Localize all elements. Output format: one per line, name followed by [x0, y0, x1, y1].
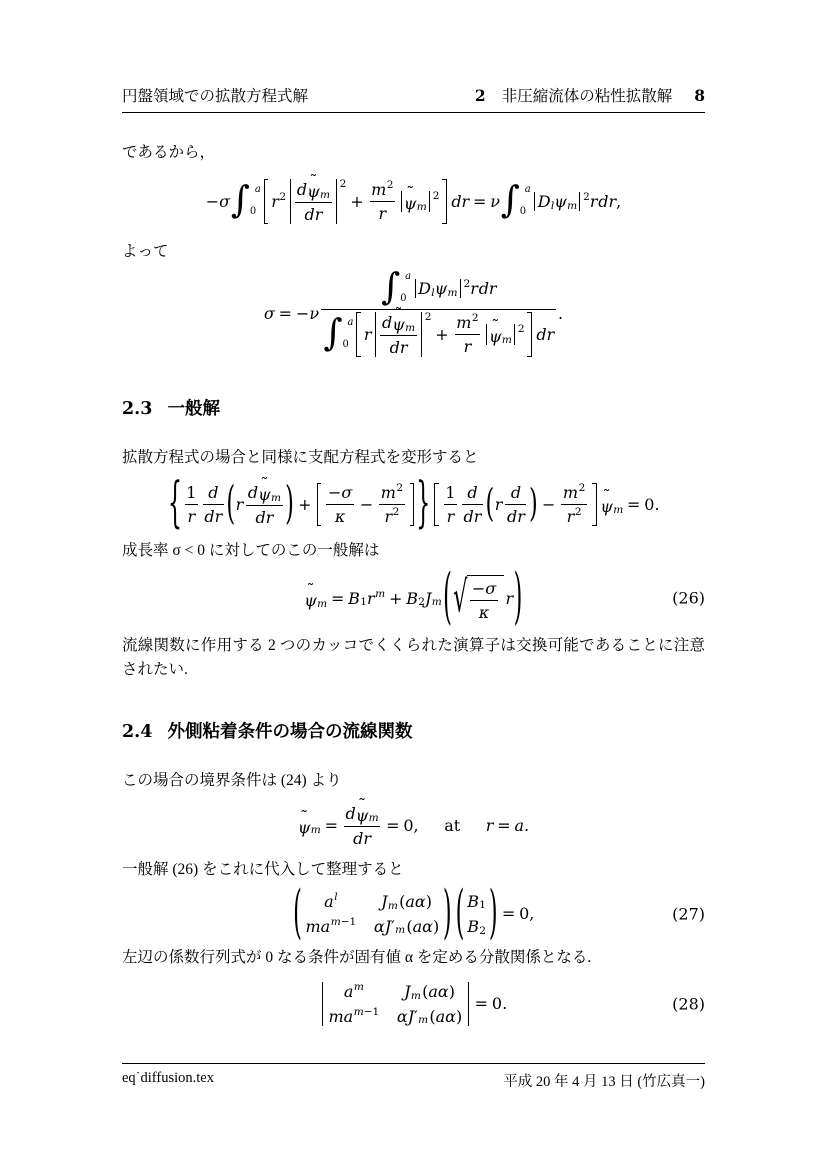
- para-yotte: よって: [122, 240, 705, 264]
- footer-date: 平成 20 年 4 月 13 日 (竹広真一): [503, 1070, 705, 1091]
- footer-filename: eq˙diffusion.tex: [122, 1070, 214, 1091]
- section-number: 2.4: [122, 722, 152, 742]
- header-left-title: 円盤領域での拡散方程式解: [122, 84, 308, 106]
- section-title: 一般解: [167, 395, 220, 420]
- header-right-group: 2 非圧縮流体の粘性拡散解 8: [475, 84, 705, 106]
- para-bc: この場合の境界条件は (24) より: [122, 769, 705, 793]
- para-dispersion: 左辺の係数行列式が 0 なる条件が固有値 α を定める分散関係となる.: [122, 946, 705, 970]
- para-dearukara: であるから，: [122, 141, 705, 165]
- equation-number-28: (28): [672, 994, 705, 1013]
- equation-matrix: (alJm(aα)mam−1αJ′m(aα))(B1B2)=0, (27): [122, 892, 705, 936]
- math-boundary-condition: ˜ψm=d˜ψmdr=0,atr=a.: [298, 803, 529, 848]
- document-page: 円盤領域での拡散方程式解 2 非圧縮流体の粘性拡散解 8 であるから， −σ∫a…: [0, 0, 826, 1169]
- equation-energy: −σ∫a0r2d˜ψmdr2+m2r˜ψm2dr=ν∫a0Dlψm2rdr,: [122, 179, 705, 224]
- math-matrix-system: (alJm(aα)mam−1αJ′m(aα))(B1B2)=0,: [293, 892, 535, 936]
- math-energy-integral: −σ∫a0r2d˜ψmdr2+m2r˜ψm2dr=ν∫a0Dlψm2rdr,: [206, 179, 622, 224]
- equation-number-26: (26): [672, 589, 705, 608]
- running-header: 円盤領域での拡散方程式解 2 非圧縮流体の粘性拡散解 8: [122, 84, 705, 113]
- header-page-number: 8: [694, 86, 705, 105]
- equation-operator: {1rddr(rd˜ψmdr)+−σκ−m2r2}1rddr(rddr)−m2r…: [122, 482, 705, 527]
- math-sigma-ratio: σ=−ν∫a0Dlψm2rdr∫a0rd˜ψmdr2+m2r˜ψm2dr.: [264, 270, 563, 357]
- equation-bc: ˜ψm=d˜ψmdr=0,atr=a.: [122, 803, 705, 848]
- section-title: 外側粘着条件の場合の流線関数: [167, 718, 412, 743]
- equation-det: amJm(aα)mam−1αJ′m(aα)=0. (28): [122, 982, 705, 1026]
- equation-sigma: σ=−ν∫a0Dlψm2rdr∫a0rd˜ψmdr2+m2r˜ψm2dr.: [122, 270, 705, 357]
- para-operators: 流線関数に作用する 2 つのカッコでくくられた演算子は交換可能であることに注意さ…: [122, 634, 705, 682]
- para-subst: 一般解 (26) をこれに代入して整理すると: [122, 858, 705, 882]
- equation-number-27: (27): [672, 904, 705, 923]
- math-general-solution: ˜ψm=B1rm+B2Jm(√−σκr): [304, 575, 523, 621]
- math-determinant: amJm(aα)mam−1αJ′m(aα)=0.: [320, 982, 507, 1026]
- equation-general: ˜ψm=B1rm+B2Jm(√−σκr) (26): [122, 575, 705, 621]
- header-section-title: 非圧縮流体の粘性拡散解: [502, 84, 673, 106]
- running-footer: eq˙diffusion.tex 平成 20 年 4 月 13 日 (竹広真一): [122, 1063, 705, 1091]
- para-growth: 成長率 σ < 0 に対してのこの一般解は: [122, 539, 705, 563]
- header-section-number: 2: [475, 86, 486, 105]
- section-heading-2-3: 2.3 一般解: [122, 395, 705, 420]
- math-operator-form: {1rddr(rd˜ψmdr)+−σκ−m2r2}1rddr(rddr)−m2r…: [167, 482, 659, 527]
- section-heading-2-4: 2.4 外側粘着条件の場合の流線関数: [122, 718, 705, 743]
- section-number: 2.3: [122, 399, 152, 419]
- para-transform: 拡散方程式の場合と同様に支配方程式を変形すると: [122, 446, 705, 470]
